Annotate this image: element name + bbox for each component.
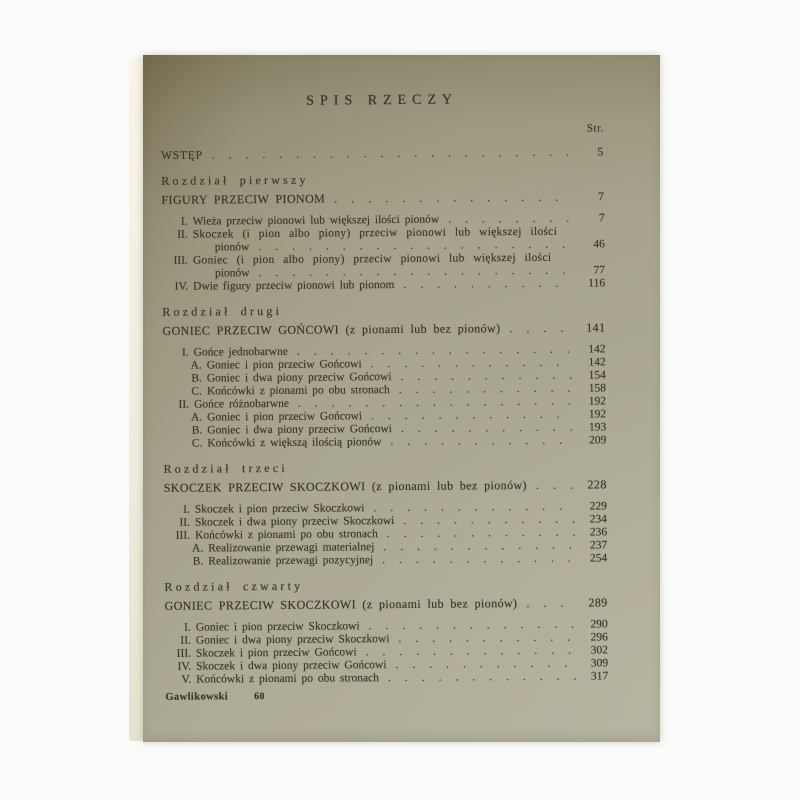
page-number: 154 [576,369,606,382]
toc-item-text: Gońce jednobarwne [194,346,288,360]
page-number: 7 [575,212,605,225]
toc-item-marker: II. [165,635,191,648]
toc-item-marker: IV. [165,661,191,674]
toc-row: GONIEC PRZECIW SKOCZKOWI (z pionami lub … [165,596,608,612]
page-number: 142 [576,343,606,356]
page-number: 7 [574,190,604,203]
dot-leader: ........................................… [388,671,576,685]
page-number: 296 [578,631,608,644]
toc-item-text: Rozdział czwarty [164,580,303,594]
dot-leader: ........................................… [448,213,573,227]
toc-item-marker: II. [163,399,189,412]
toc-row: FIGURY PRZECIW PIONOM...................… [161,190,604,206]
toc-item-text: SKOCZEK PRZECIW SKOCZKOWI (z pionami lub… [164,479,527,495]
page-number: 317 [578,670,608,683]
toc-item-text: Rozdział pierwszy [161,174,308,188]
toc-item-marker: B. [177,556,203,569]
dot-leader: ........................................… [509,322,573,336]
toc-item-text: FIGURY PRZECIW PIONOM [161,193,325,207]
toc-row: SKOCZEK PRZECIW SKOCZKOWI (z pionami lub… [164,478,607,494]
toc-content: SPIS RZECZY Str. WSTĘP..................… [140,51,662,742]
dot-leader: ........................................… [526,597,575,610]
page-number: 237 [577,539,607,552]
page-number: 192 [576,408,606,421]
toc-row: Rozdział drugi [162,302,605,318]
page-number: 228 [577,478,607,491]
page-number: 209 [576,434,606,447]
page-number: 234 [577,513,607,526]
photo-background: SPIS RZECZY Str. WSTĘP..................… [0,0,800,800]
page-number: 116 [575,277,605,290]
toc-item-text: Gońce różnobarwne [194,398,289,412]
toc-item-text: Końcówki z większą ilością pionów [207,436,381,450]
page-number: 142 [576,356,606,369]
toc-item-marker: B. [176,425,202,438]
toc-item-text: Dwie figury przeciw pionowi lub pionom [193,279,394,294]
page-number: 158 [576,382,606,395]
toc-row: Rozdział trzeci [164,459,607,475]
page-number: 290 [578,618,608,631]
page-number: 236 [577,526,607,539]
toc-row: C.Końcówki z większą ilością pionów.....… [163,434,606,450]
page-number: 192 [576,395,606,408]
toc-row: B.Realizowanie przewagi pozycyjnej......… [164,552,607,568]
toc-item-marker: I. [162,216,188,229]
toc-item-text: GONIEC PRZECIW GOŃCOWI (z pionami lub be… [162,322,500,338]
toc-item-marker: III. [164,530,190,543]
toc-item-text: pionów [162,241,250,255]
page-number: 5 [574,146,604,159]
page-number: 77 [575,264,605,277]
toc-item-text: WSTĘP [161,150,203,163]
toc-item-marker: B. [176,373,202,386]
toc-list: WSTĘP...................................… [161,146,608,686]
toc-row: Rozdział czwarty [164,577,607,593]
page-title: SPIS RZECZY [161,91,604,110]
page-column-header: Str. [161,122,604,137]
footer-signature-number: 60 [254,691,265,702]
page-number: 229 [577,500,607,513]
toc-item-marker: IV. [162,281,188,294]
toc-item-marker: V. [165,674,191,687]
toc-item-text: Rozdział drugi [162,305,282,319]
toc-item-text: GONIEC PRZECIW SKOCZKOWI (z pionami lub … [165,597,518,613]
dot-leader: ........................................… [390,435,574,449]
toc-item-text: Realizowanie przewagi materialnej [208,541,374,555]
toc-row: WSTĘP...................................… [161,146,604,162]
toc-item-marker: I. [163,347,189,360]
page-number: 193 [576,421,606,434]
page-number: 254 [577,552,607,565]
toc-item-text: Goniec i pion przeciw Gońcowi [207,410,362,424]
dot-leader: ........................................… [212,147,572,163]
toc-item-marker: A. [176,412,202,425]
toc-item-marker: A. [176,360,202,373]
toc-item-marker: I. [165,622,191,635]
dot-leader: ........................................… [403,278,573,292]
toc-row: V.Końcówki z pionami po obu stronach....… [165,670,608,686]
dot-leader: ........................................… [536,479,575,492]
toc-item-marker: III. [162,255,188,268]
page-number: 309 [578,657,608,670]
toc-item-text: Skoczek i pion przeciw Skoczkowi [195,502,365,516]
toc-item-text: Realizowanie przewagi pozycyjnej [208,554,373,568]
toc-item-marker: I. [164,504,190,517]
page-number: 141 [575,321,605,334]
toc-item-marker: III. [165,648,191,661]
dot-leader: ........................................… [403,514,575,528]
toc-item-text: Skoczek i pion przeciw Gońcowi [196,646,357,660]
toc-item-text: pionów [162,267,250,281]
toc-item-text: Końcówki z pionami po obu stronach [196,672,379,686]
toc-item-text: Goniec i pion przeciw Gońcowi [207,358,362,372]
toc-item-text: Rozdział trzeci [164,462,288,476]
footer-author: Gawlikowski [165,691,228,702]
toc-item-marker: C. [176,386,202,399]
page-number: 289 [578,596,608,609]
book-page: SPIS RZECZY Str. WSTĘP..................… [143,55,660,742]
footer: Gawlikowski60 [165,688,608,702]
toc-item-marker: II. [162,229,188,242]
page-number: 302 [578,644,608,657]
dot-leader: ........................................… [382,553,575,568]
toc-item-text: Goniec i pion przeciw Skoczkowi [196,620,360,634]
toc-item-marker: A. [177,543,203,556]
toc-item-marker: C. [176,438,202,451]
toc-row: Rozdział pierwszy [161,171,604,187]
toc-item-text: Goniec i dwa piony przeciw Skoczkowi [196,633,390,648]
dot-leader: ........................................… [334,191,572,206]
toc-row: IV.Dwie figury przeciw pionowi lub piono… [162,277,605,293]
toc-row: GONIEC PRZECIW GOŃCOWI (z pionami lub be… [162,321,605,337]
page-number: 46 [575,238,605,251]
toc-item-marker: II. [164,517,190,530]
